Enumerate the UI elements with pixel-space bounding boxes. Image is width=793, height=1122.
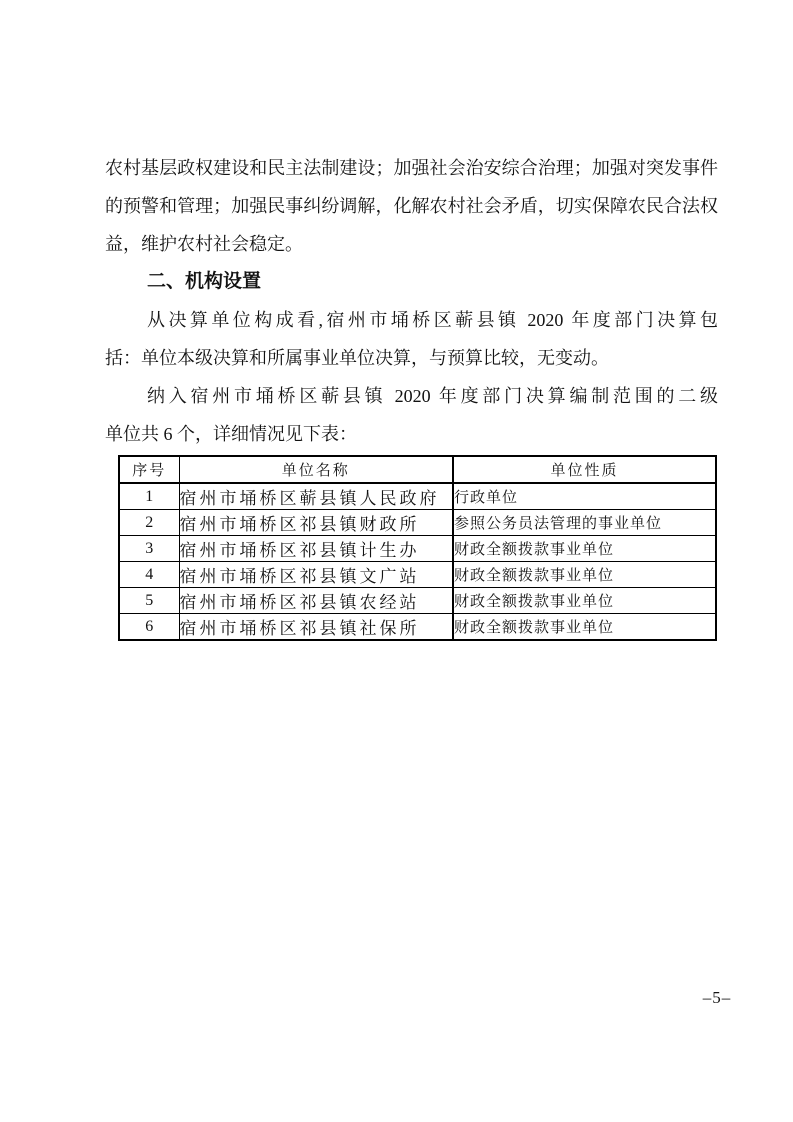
paragraph-governance: 农村基层政权建设和民主法制建设；加强社会治安综合治理；加强对突发事件 的预警和管…	[105, 149, 718, 263]
units-table-header: 序号 单位名称 单位性质	[119, 456, 716, 483]
cell-serial: 5	[119, 588, 179, 614]
table-row: 2 宿州市埇桥区祁县镇财政所 参照公务员法管理的事业单位	[119, 510, 716, 536]
body-text-line: 从决算单位构成看,宿州市埇桥区蕲县镇 2020 年度部门决算包	[105, 301, 718, 339]
cell-serial: 4	[119, 562, 179, 588]
cell-serial: 3	[119, 536, 179, 562]
body-text-line: 益，维护农村社会稳定。	[105, 225, 718, 263]
body-text-line: 的预警和管理；加强民事纠纷调解，化解农村社会矛盾，切实保障农民合法权	[105, 187, 718, 225]
body-text-line: 单位共 6 个，详细情况见下表：	[105, 415, 718, 453]
cell-serial: 1	[119, 483, 179, 510]
body-text-line: 纳入宿州市埇桥区蕲县镇 2020 年度部门决算编制范围的二级	[105, 377, 718, 415]
table-row: 4 宿州市埇桥区祁县镇文广站 财政全额拨款事业单位	[119, 562, 716, 588]
cell-unit-nature: 行政单位	[453, 483, 716, 510]
column-header-unit-name: 单位名称	[179, 456, 453, 483]
units-table-body: 1 宿州市埇桥区蕲县镇人民政府 行政单位 2 宿州市埇桥区祁县镇财政所 参照公务…	[119, 483, 716, 640]
cell-unit-name: 宿州市埇桥区祁县镇财政所	[179, 510, 453, 536]
table-header-row: 序号 单位名称 单位性质	[119, 456, 716, 483]
document-page: 农村基层政权建设和民主法制建设；加强社会治安综合治理；加强对突发事件 的预警和管…	[0, 0, 793, 1122]
cell-unit-nature: 财政全额拨款事业单位	[453, 588, 716, 614]
section-heading-organization: 二、机构设置	[105, 263, 718, 301]
table-row: 1 宿州市埇桥区蕲县镇人民政府 行政单位	[119, 483, 716, 510]
page-number: –5–	[694, 988, 740, 1008]
body-text-line: 括：单位本级决算和所属事业单位决算，与预算比较，无变动。	[105, 339, 718, 377]
cell-unit-name: 宿州市埇桥区祁县镇计生办	[179, 536, 453, 562]
cell-unit-nature: 财政全额拨款事业单位	[453, 614, 716, 641]
body-text-line: 农村基层政权建设和民主法制建设；加强社会治安综合治理；加强对突发事件	[105, 149, 718, 187]
cell-unit-nature: 财政全额拨款事业单位	[453, 562, 716, 588]
cell-unit-name: 宿州市埇桥区祁县镇社保所	[179, 614, 453, 641]
cell-unit-name: 宿州市埇桥区祁县镇文广站	[179, 562, 453, 588]
cell-unit-name: 宿州市埇桥区蕲县镇人民政府	[179, 483, 453, 510]
cell-unit-nature: 财政全额拨款事业单位	[453, 536, 716, 562]
cell-unit-name: 宿州市埇桥区祁县镇农经站	[179, 588, 453, 614]
table-row: 6 宿州市埇桥区祁县镇社保所 财政全额拨款事业单位	[119, 614, 716, 641]
table-row: 5 宿州市埇桥区祁县镇农经站 财政全额拨款事业单位	[119, 588, 716, 614]
paragraph-budget-scope: 从决算单位构成看,宿州市埇桥区蕲县镇 2020 年度部门决算包 括：单位本级决算…	[105, 301, 718, 377]
table-row: 3 宿州市埇桥区祁县镇计生办 财政全额拨款事业单位	[119, 536, 716, 562]
column-header-serial: 序号	[119, 456, 179, 483]
column-header-unit-nature: 单位性质	[453, 456, 716, 483]
cell-serial: 6	[119, 614, 179, 641]
document-body: 农村基层政权建设和民主法制建设；加强社会治安综合治理；加强对突发事件 的预警和管…	[105, 149, 718, 641]
units-table: 序号 单位名称 单位性质 1 宿州市埇桥区蕲县镇人民政府 行政单位 2 宿州市埇…	[118, 455, 717, 641]
paragraph-units-intro: 纳入宿州市埇桥区蕲县镇 2020 年度部门决算编制范围的二级 单位共 6 个，详…	[105, 377, 718, 453]
cell-unit-nature: 参照公务员法管理的事业单位	[453, 510, 716, 536]
cell-serial: 2	[119, 510, 179, 536]
